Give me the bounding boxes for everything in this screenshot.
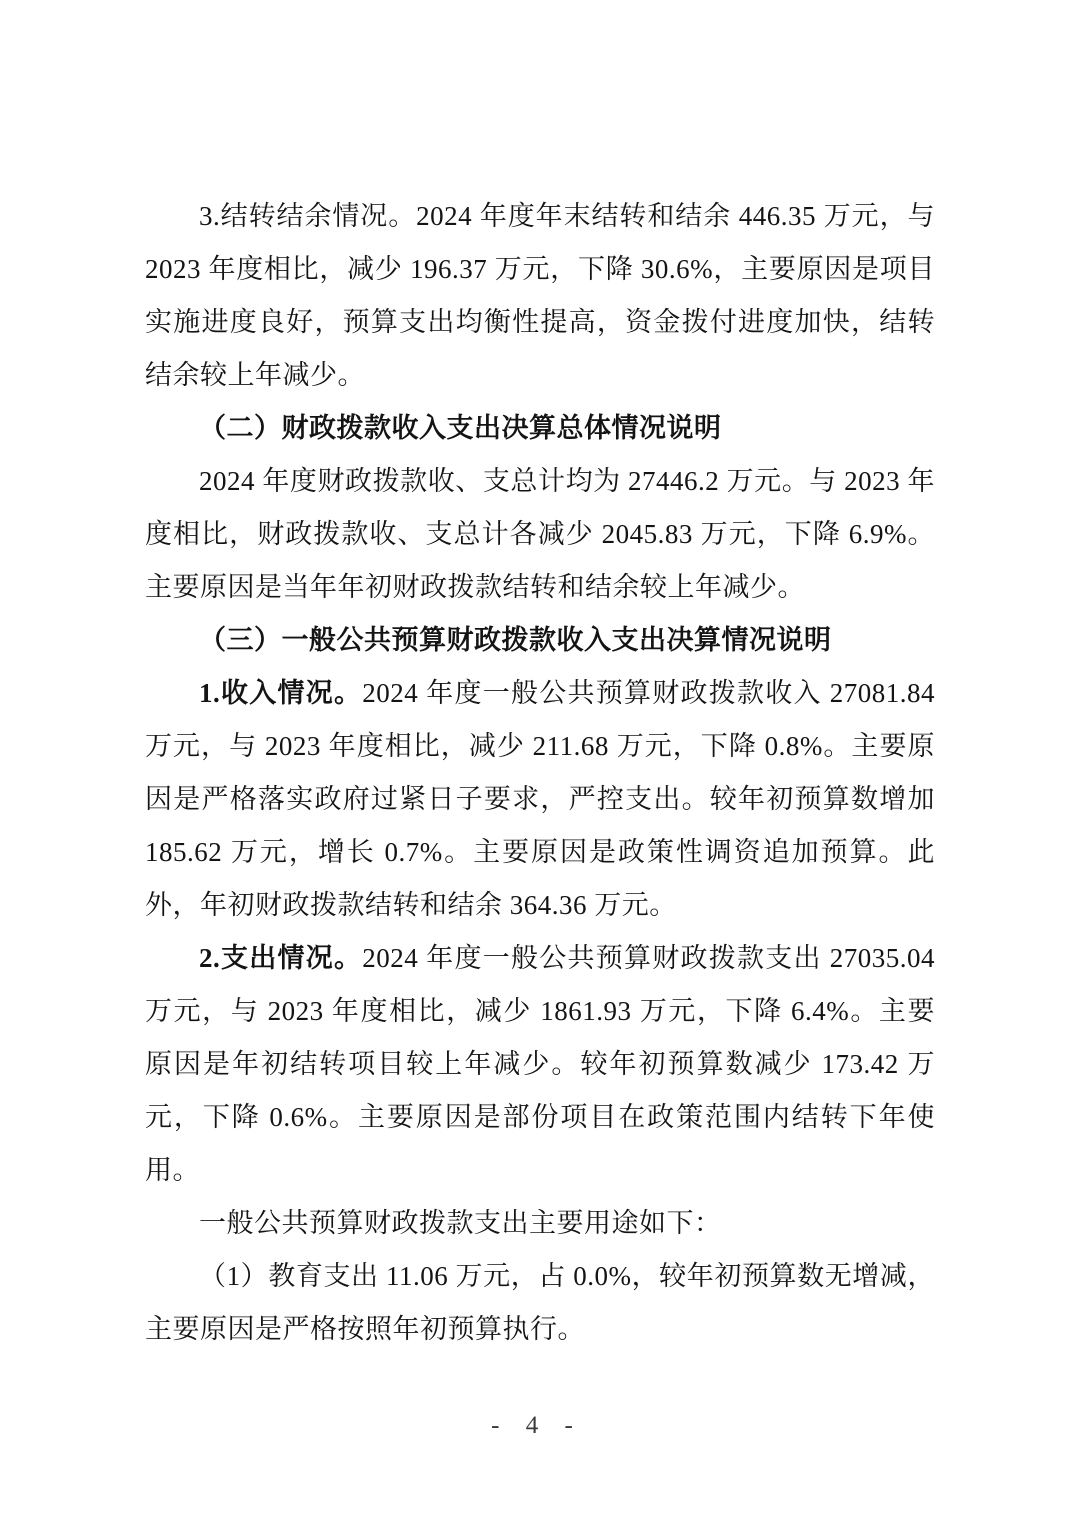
- paragraph-text: 2024 年度一般公共预算财政拨款支出 27035.04 万元，与 2023 年…: [145, 943, 935, 1185]
- paragraph-text: 2024 年度一般公共预算财政拨款收入 27081.84 万元，与 2023 年…: [145, 678, 935, 920]
- paragraph-expenditure-situation: 2.支出情况。2024 年度一般公共预算财政拨款支出 27035.04 万元，与…: [145, 932, 935, 1197]
- heading-section-two: （二）财政拨款收入支出决算总体情况说明: [145, 402, 935, 455]
- document-body: 3.结转结余情况。2024 年度年末结转和结余 446.35 万元，与 2023…: [145, 190, 935, 1356]
- page-footer: - 4 -: [0, 1412, 1074, 1440]
- paragraph-text: （1）教育支出 11.06 万元，占 0.0%，较年初预算数无增减，主要原因是严…: [145, 1261, 935, 1344]
- paragraph-usage-intro: 一般公共预算财政拨款支出主要用途如下：: [145, 1197, 935, 1250]
- paragraph-lead-expenditure: 2.支出情况。: [199, 943, 362, 973]
- paragraph-education-expenditure: （1）教育支出 11.06 万元，占 0.0%，较年初预算数无增减，主要原因是严…: [145, 1250, 935, 1356]
- paragraph-fiscal-total: 2024 年度财政拨款收、支总计均为 27446.2 万元。与 2023 年度相…: [145, 455, 935, 614]
- heading-text: （二）财政拨款收入支出决算总体情况说明: [199, 413, 722, 443]
- paragraph-text: 3.结转结余情况。2024 年度年末结转和结余 446.35 万元，与 2023…: [145, 201, 935, 390]
- heading-section-three: （三）一般公共预算财政拨款收入支出决算情况说明: [145, 614, 935, 667]
- document-page: 3.结转结余情况。2024 年度年末结转和结余 446.35 万元，与 2023…: [0, 0, 1074, 1520]
- paragraph-text: 一般公共预算财政拨款支出主要用途如下：: [199, 1208, 722, 1238]
- paragraph-carryover-balance: 3.结转结余情况。2024 年度年末结转和结余 446.35 万元，与 2023…: [145, 190, 935, 402]
- paragraph-income-situation: 1.收入情况。2024 年度一般公共预算财政拨款收入 27081.84 万元，与…: [145, 667, 935, 932]
- heading-text: （三）一般公共预算财政拨款收入支出决算情况说明: [199, 625, 832, 655]
- page-number: - 4 -: [491, 1412, 583, 1439]
- paragraph-text: 2024 年度财政拨款收、支总计均为 27446.2 万元。与 2023 年度相…: [145, 466, 935, 602]
- paragraph-lead-income: 1.收入情况。: [199, 678, 362, 708]
